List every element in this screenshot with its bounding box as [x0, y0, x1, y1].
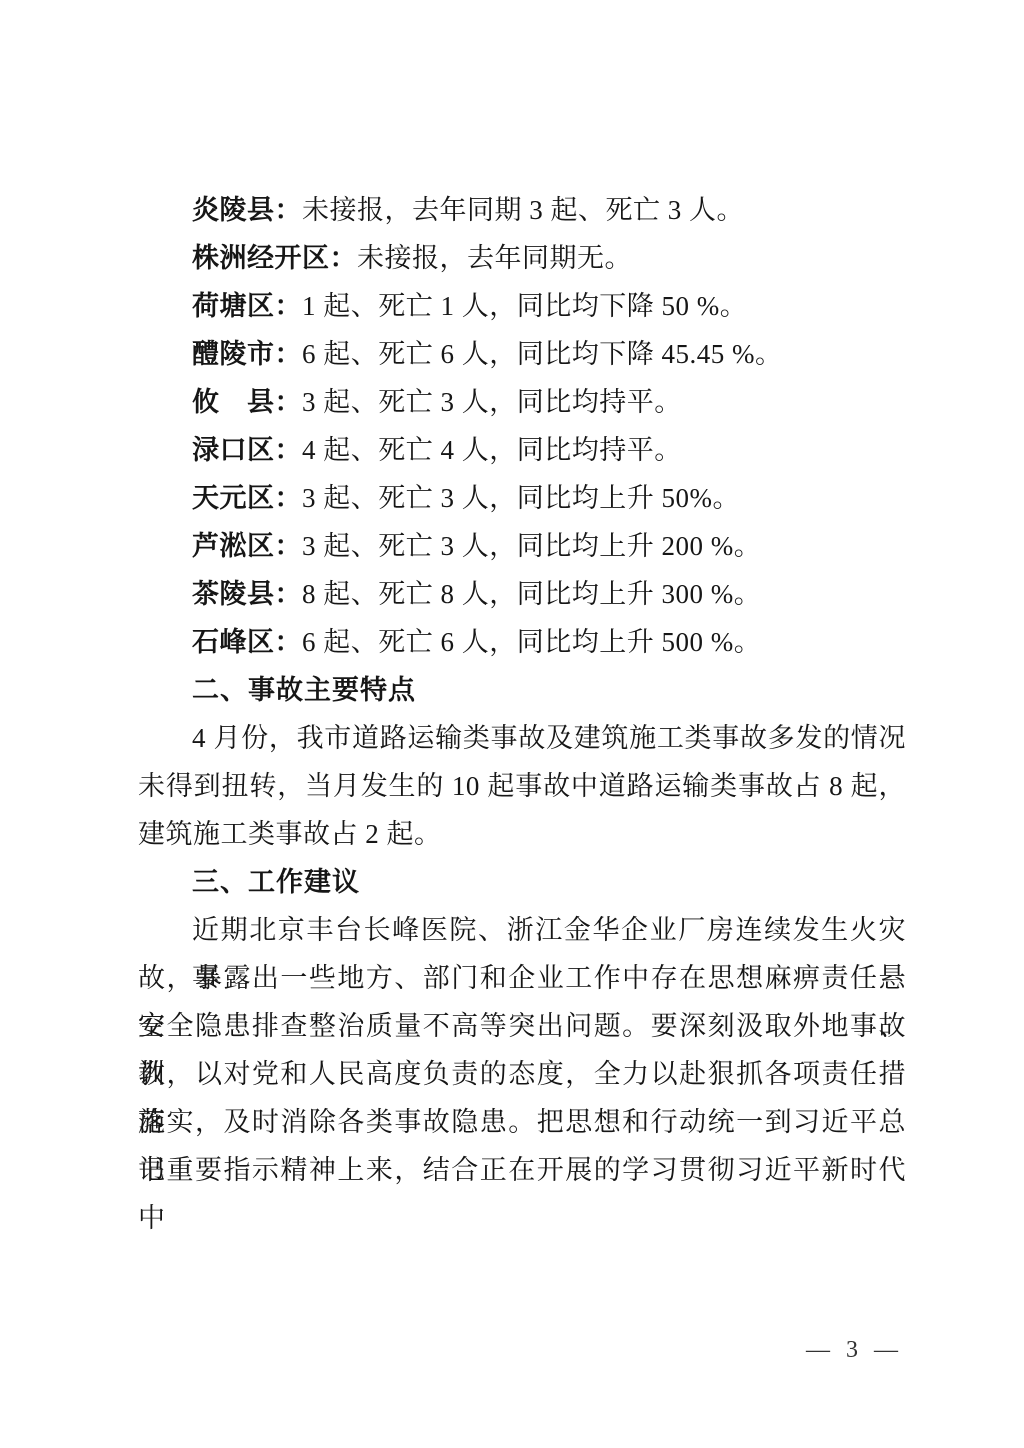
district-line: 攸 县：3 起、死亡 3 人，同比均持平。 [138, 378, 906, 426]
district-name: 炎陵县： [192, 195, 302, 225]
district-line: 天元区：3 起、死亡 3 人，同比均上升 50%。 [138, 474, 906, 522]
district-name: 天元区： [192, 483, 302, 513]
paragraph-line: 训，以对党和人民高度负责的态度，全力以赴狠抓各项责任措施 [138, 1050, 906, 1098]
district-detail: 3 起、死亡 3 人，同比均持平。 [302, 387, 682, 417]
paragraph-line: 近期北京丰台长峰医院、浙江金华企业厂房连续发生火灾事 [138, 906, 906, 954]
district-line: 石峰区：6 起、死亡 6 人，同比均上升 500 %。 [138, 618, 906, 666]
paragraph-line: 安全隐患排查整治质量不高等突出问题。要深刻汲取外地事故教 [138, 1002, 906, 1050]
paragraph-line: 4 月份，我市道路运输类事故及建筑施工类事故多发的情况 [138, 714, 906, 762]
section-heading-2: 二、事故主要特点 [138, 666, 906, 714]
district-line: 株洲经开区：未接报，去年同期无。 [138, 234, 906, 282]
paragraph-line: 建筑施工类事故占 2 起。 [138, 810, 906, 858]
district-name: 醴陵市： [192, 339, 302, 369]
district-detail: 6 起、死亡 6 人，同比均下降 45.45 %。 [302, 339, 783, 369]
paragraph-line: 故，暴露出一些地方、部门和企业工作中存在思想麻痹责任悬空、 [138, 954, 906, 1002]
district-detail: 未接报，去年同期 3 起、死亡 3 人。 [302, 195, 744, 225]
district-name: 荷塘区： [192, 291, 302, 321]
paragraph-line: 记重要指示精神上来，结合正在开展的学习贯彻习近平新时代中 [138, 1146, 906, 1194]
district-line: 茶陵县：8 起、死亡 8 人，同比均上升 300 %。 [138, 570, 906, 618]
district-detail: 6 起、死亡 6 人，同比均上升 500 %。 [302, 627, 761, 657]
district-detail: 未接报，去年同期无。 [357, 243, 632, 273]
section-heading-3: 三、工作建议 [138, 858, 906, 906]
district-name: 攸 县： [192, 387, 302, 417]
district-detail: 8 起、死亡 8 人，同比均上升 300 %。 [302, 579, 761, 609]
page-number: — 3 — [806, 1336, 898, 1364]
district-detail: 4 起、死亡 4 人，同比均持平。 [302, 435, 682, 465]
district-line: 荷塘区：1 起、死亡 1 人，同比均下降 50 %。 [138, 282, 906, 330]
district-line: 渌口区：4 起、死亡 4 人，同比均持平。 [138, 426, 906, 474]
district-name: 石峰区： [192, 627, 302, 657]
paragraph-line: 未得到扭转，当月发生的 10 起事故中道路运输类事故占 8 起， [138, 762, 906, 810]
district-detail: 1 起、死亡 1 人，同比均下降 50 %。 [302, 291, 747, 321]
district-name: 株洲经开区： [192, 243, 357, 273]
paragraph-line: 落实，及时消除各类事故隐患。把思想和行动统一到习近平总书 [138, 1098, 906, 1146]
district-name: 渌口区： [192, 435, 302, 465]
document-page: 炎陵县：未接报，去年同期 3 起、死亡 3 人。 株洲经开区：未接报，去年同期无… [0, 0, 1024, 1448]
district-name: 芦淞区： [192, 531, 302, 561]
district-name: 茶陵县： [192, 579, 302, 609]
district-detail: 3 起、死亡 3 人，同比均上升 50%。 [302, 483, 740, 513]
document-body: 炎陵县：未接报，去年同期 3 起、死亡 3 人。 株洲经开区：未接报，去年同期无… [138, 186, 906, 1194]
district-line: 炎陵县：未接报，去年同期 3 起、死亡 3 人。 [138, 186, 906, 234]
district-detail: 3 起、死亡 3 人，同比均上升 200 %。 [302, 531, 761, 561]
district-line: 芦淞区：3 起、死亡 3 人，同比均上升 200 %。 [138, 522, 906, 570]
district-line: 醴陵市：6 起、死亡 6 人，同比均下降 45.45 %。 [138, 330, 906, 378]
